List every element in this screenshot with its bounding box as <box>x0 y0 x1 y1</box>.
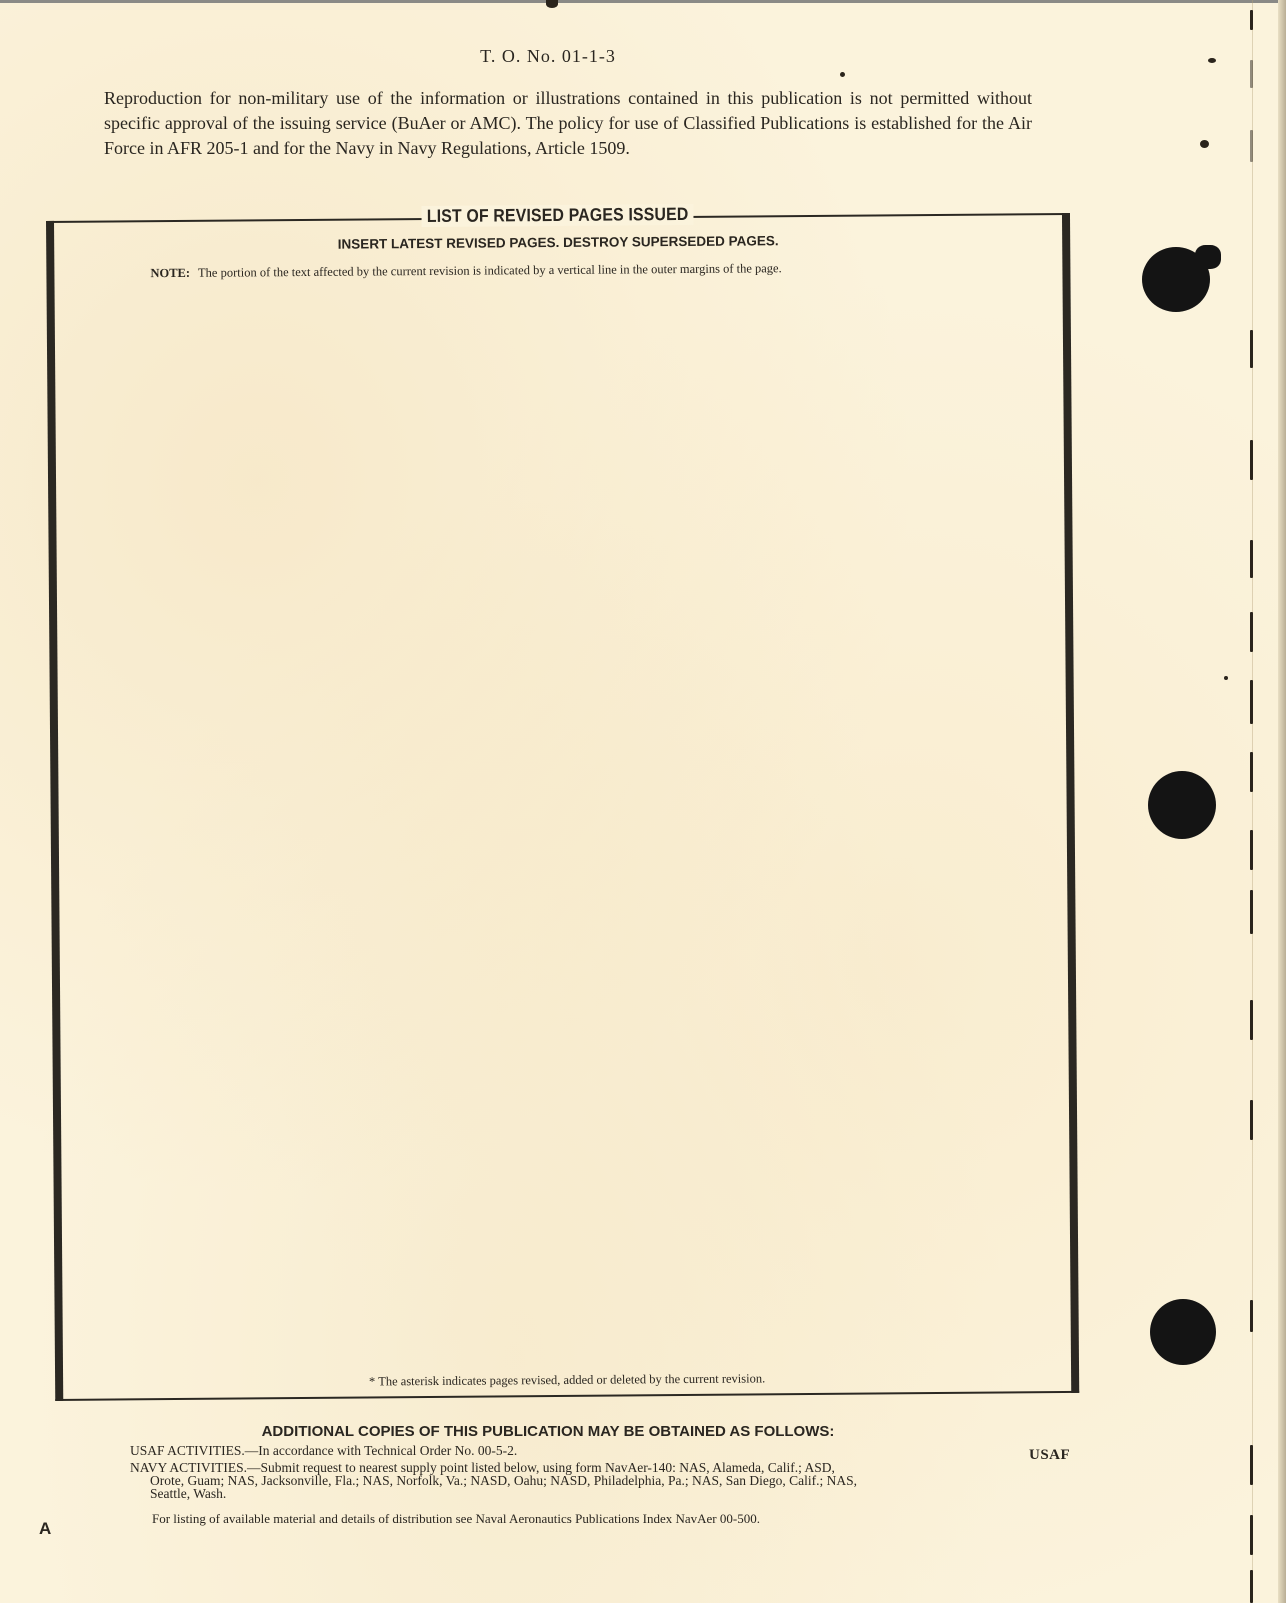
revised-pages-title-wrap: LIST OF REVISED PAGES ISSUED <box>46 201 1070 230</box>
note-text: The portion of the text affected by the … <box>198 261 782 280</box>
revised-pages-note: NOTE:The portion of the text affected by… <box>150 261 781 281</box>
binder-notch <box>1250 1000 1253 1040</box>
scan-right-edge <box>1278 0 1286 1603</box>
revised-pages-instruction: INSERT LATEST REVISED PAGES. DESTROY SUP… <box>46 231 1070 254</box>
punch-hole <box>1150 1299 1216 1365</box>
distribution-heading: ADDITIONAL COPIES OF THIS PUBLICATION MA… <box>0 1423 1096 1440</box>
technical-order-number: T. O. No. 01-1-3 <box>0 46 1096 67</box>
binder-notch <box>1250 890 1253 934</box>
service-mark: USAF <box>1029 1447 1070 1464</box>
binder-notch <box>1250 680 1253 724</box>
scan-top-edge <box>0 0 1286 3</box>
punch-hole <box>1148 771 1216 839</box>
paper-speck <box>546 0 558 8</box>
binder-notch <box>1250 830 1253 870</box>
box-border-left <box>46 221 63 1401</box>
navy-activities-line2: Orote, Guam; NAS, Jacksonville, Fla.; NA… <box>130 1474 980 1487</box>
binder-notch <box>1250 440 1253 480</box>
binder-notch <box>1250 130 1253 162</box>
punch-hole-tear <box>1195 245 1221 269</box>
revised-pages-title: LIST OF REVISED PAGES ISSUED <box>422 204 694 227</box>
paper-speck <box>1208 58 1216 63</box>
usaf-activities: USAF ACTIVITIES.—In accordance with Tech… <box>130 1443 517 1459</box>
binder-notch <box>1250 1300 1253 1332</box>
box-border-right <box>1062 213 1079 1393</box>
binder-notch <box>1250 10 1253 30</box>
binder-notch <box>1250 1515 1253 1555</box>
binder-notch <box>1250 330 1253 368</box>
paper-speck <box>840 72 845 77</box>
binder-notch <box>1250 1100 1253 1140</box>
binder-notch <box>1250 1445 1253 1485</box>
binder-notch <box>1250 540 1253 578</box>
binder-notch <box>1250 612 1253 652</box>
note-label: NOTE: <box>150 266 190 280</box>
binder-notch <box>1250 60 1253 88</box>
navy-activities-line3: Seattle, Wash. <box>130 1487 980 1500</box>
binder-notch <box>1250 752 1253 792</box>
page-fold-line <box>1252 0 1253 1603</box>
revised-pages-box: LIST OF REVISED PAGES ISSUED INSERT LATE… <box>46 213 1079 1401</box>
binder-notch <box>1250 1570 1253 1603</box>
navy-activities: NAVY ACTIVITIES.—Submit request to neare… <box>130 1461 980 1500</box>
asterisk-note: * The asterisk indicates pages revised, … <box>55 1369 1079 1392</box>
box-border-bottom <box>55 1391 1079 1401</box>
page-letter: A <box>39 1519 51 1539</box>
paper-speck <box>1200 140 1209 148</box>
listing-note: For listing of available material and de… <box>152 1511 760 1527</box>
paper-speck <box>1224 676 1228 680</box>
reproduction-notice: Reproduction for non-military use of the… <box>104 86 1032 161</box>
